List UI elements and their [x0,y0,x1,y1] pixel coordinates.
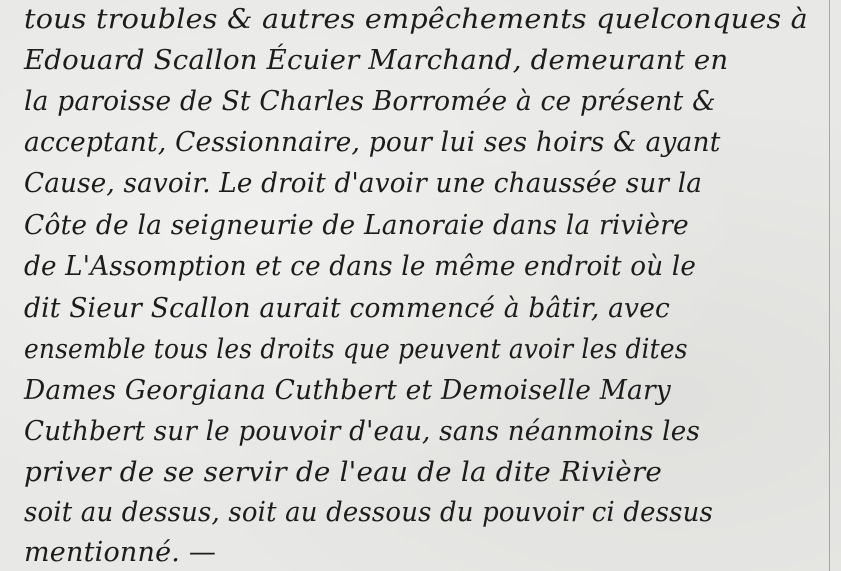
text-line-4: acceptant, Cessionnaire, pour lui ses ho… [24,127,721,158]
text-line-10: Dames Georgiana Cuthbert et Demoiselle M… [24,375,671,406]
text-line-7: de L'Assomption et ce dans le même endro… [24,251,696,282]
text-line-6: Côte de la seigneurie de Lanoraie dans l… [24,210,689,241]
text-line-11: Cuthbert sur le pouvoir d'eau, sans néan… [24,416,700,447]
text-line-12: priver de se servir de l'eau de la dite … [24,457,662,488]
text-line-1: tous troubles & autres empêchements quel… [24,4,808,35]
text-line-2: Edouard Scallon Écuier Marchand, demeura… [24,45,728,76]
text-line-14: mentionné. — [24,537,216,568]
text-line-5: Cause, savoir. Le droit d'avoir une chau… [24,168,702,199]
text-line-8: dit Sieur Scallon aurait commencé à bâti… [24,293,670,324]
margin-rule [829,0,830,571]
text-line-13: soit au dessus, soit au dessous du pouvo… [24,497,713,528]
text-line-9: ensemble tous les droits que peuvent avo… [24,334,688,365]
text-line-3: la paroisse de St Charles Borromée à ce … [24,86,716,117]
document-page: tous troubles & autres empêchements quel… [0,0,841,571]
